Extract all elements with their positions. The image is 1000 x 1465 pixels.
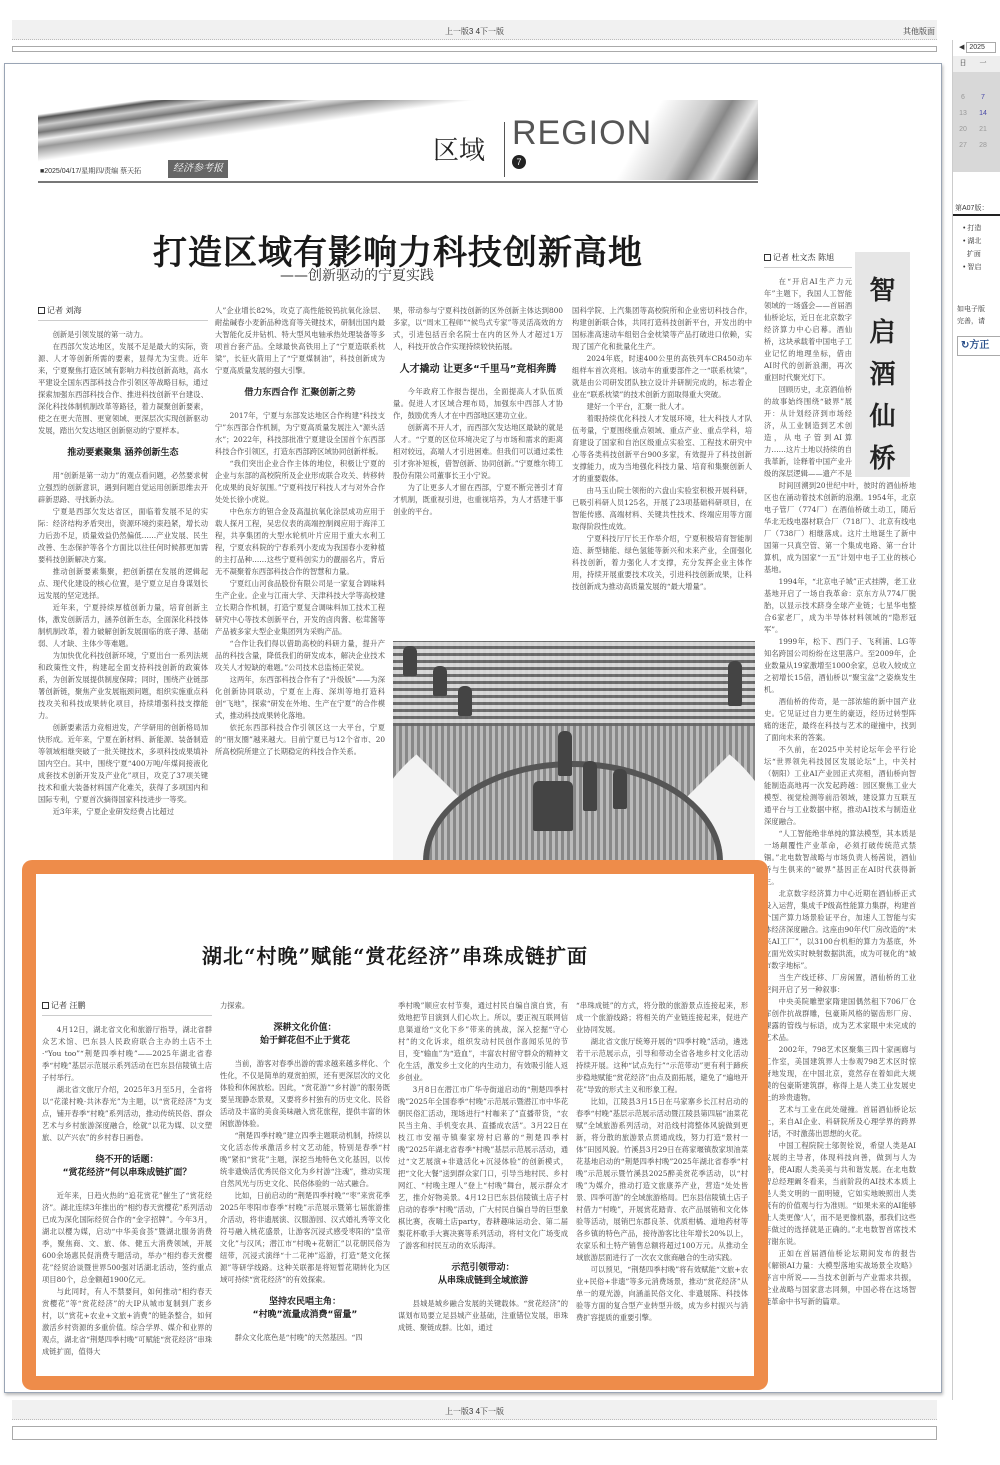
page-number-badge: 7 xyxy=(512,155,526,169)
photo-train-body-section xyxy=(393,701,755,879)
calendar-grid: 67 1314 2021 2728 xyxy=(953,72,1000,172)
article3-subtitle-3: 坚持农民唱主角： “村晚”流量成消费“留量” xyxy=(220,1296,390,1322)
article1-column-2[interactable]: 人”企业增长82%，攻克了高性能锐钨抗氧化涂层、耐盐碱春小麦新品种选育等关键技术… xyxy=(215,305,385,865)
calendar-prev-arrow-icon[interactable]: ◀ xyxy=(959,44,964,51)
article1-subtitle-3: 人才撬动 让更多“千里马”竞相奔腾 xyxy=(393,363,563,376)
dateline: ■2025/04/17/星期四/责编 蔡天拓 xyxy=(40,166,141,176)
bottom-page-nav: 上一版3 4下一版 xyxy=(12,1400,937,1420)
article3-subtitle-1: 绕不开的话题： “赏花经济”何以串珠成链扩面？ xyxy=(42,1154,212,1180)
section-divider xyxy=(504,122,505,177)
article1-subheadline: ——创新驱动的宁夏实践 xyxy=(280,265,580,285)
article1-subtitle-1: 推动要素聚集 涵养创新生态 xyxy=(38,447,208,460)
calendar-weekday-row: 日 一 xyxy=(953,56,1000,72)
edition-label: 第A07版： xyxy=(953,202,1000,216)
article2-vertical-title[interactable]: 智 启 酒 仙 桥 xyxy=(855,252,910,477)
edition-item[interactable]: • 湖北 xyxy=(963,235,1000,248)
article1-column-3[interactable]: 果，带动参与宁夏科技创新的区外创新主体达到800多家，以“周末工程师”“候鸟式专… xyxy=(393,305,563,635)
edition-item[interactable]: • 打造 xyxy=(963,222,1000,235)
article1-column-4[interactable]: 国科学院、上汽集团等高校院所和企业密切科技合作，构建创新联合体，共同打造科技创新… xyxy=(572,305,752,635)
article2-column-top[interactable]: 记者 杜文杰 陈旭 在“开启AI生产力元年”主题下，我国人工智能领域的一场盛会—… xyxy=(764,252,852,480)
calendar-header: ◀ 2025 xyxy=(953,40,1000,56)
section-name-cn: 区域 xyxy=(433,130,485,167)
edition-item[interactable]: • 智启 xyxy=(963,261,1000,274)
article3-subtitle-2: 深耕文化价值： 始于鲜花但不止于赏花 xyxy=(220,1022,390,1048)
article2-byline: 记者 杜文杰 陈旭 xyxy=(764,252,852,268)
edition-item[interactable]: 扩面 xyxy=(963,248,1000,261)
section-banner: 区域 REGION 7 ■2025/04/17/星期四/责编 蔡天拓 经济参考报 xyxy=(38,100,758,180)
article2-column-bottom[interactable]: 时间回溯到20世纪中叶，彼时的酒仙桥地区也在涌动着技术创新的浪潮。1954年，北… xyxy=(764,480,916,1360)
article3-column-1[interactable]: 记者 汪鹏 4月12日，湖北省文化和旅游厅指导，湖北省群众艺术馆、巴东县人民政府… xyxy=(42,1000,212,1380)
prev-next-page-link-bottom[interactable]: 上一版3 4下一版 xyxy=(445,1407,504,1416)
calendar-day-link[interactable]: 7 xyxy=(973,90,993,106)
article1-byline: 记者 刘海 xyxy=(38,305,208,321)
article1-photo[interactable]: “国产化率达到行业领先水平，中心承担了国家级科研项目，保障了重点工程顺利实施。” xyxy=(393,641,755,879)
edition-article-list: • 打造 • 湖北 扩面 • 智启 xyxy=(953,216,1000,274)
masthead-logo: 经济参考报 xyxy=(168,160,228,178)
article3-subtitle-4: 示范引领带动： 从串珠成链到全域旅游 xyxy=(398,1262,568,1288)
article3-column-2[interactable]: 力探索。 深耕文化价值： 始于鲜花但不止于赏花 当前，游客对春季出游的需求越来越… xyxy=(220,1000,390,1380)
article3-byline: 记者 汪鹏 xyxy=(42,1000,212,1016)
article3-headline[interactable]: 湖北“村晚”赋能“赏花经济”串珠成链扩面 xyxy=(36,940,754,969)
right-sidebar: ◀ 2025 日 一 67 1314 2021 2728 第A07版： • 打造… xyxy=(952,40,1000,1400)
year-select[interactable]: 2025 xyxy=(966,42,996,53)
founder-logo[interactable]: ↻方正 xyxy=(957,336,1000,356)
article3-column-4[interactable]: “串珠成链”的方式，将分散的旅游景点连接起来，形成一个旅游线路；将相关的产业链连… xyxy=(576,1000,748,1380)
notice-text: 如电子版 完善，请 xyxy=(953,304,1000,328)
article3-column-3[interactable]: 季村晚”顺应农村节奏，通过村民自编自演自赏，有效地把节目演到人们心坎上。所以，要… xyxy=(398,1000,568,1380)
article1-column-1[interactable]: 记者 刘海 创新是引领发展的第一动力。 在西部欠发达地区，发展不足是最大的实际，… xyxy=(38,305,208,865)
top-strip xyxy=(12,46,937,52)
calendar-day-link[interactable]: 14 xyxy=(973,106,993,122)
byline-box-icon xyxy=(38,307,45,314)
other-pages-link[interactable]: 其他版面 xyxy=(903,27,935,36)
section-name-en: REGION xyxy=(512,114,652,153)
byline-box-icon xyxy=(42,1002,49,1009)
byline-box-icon xyxy=(764,254,771,261)
article1-subtitle-2: 借力东西合作 汇聚创新之势 xyxy=(215,387,385,400)
bottom-strip xyxy=(12,1426,937,1440)
banner-rule xyxy=(38,181,758,183)
top-page-nav: 上一版3 4下一版 其他版面 xyxy=(12,20,937,40)
prev-next-page-link[interactable]: 上一版3 4下一版 xyxy=(445,27,504,36)
